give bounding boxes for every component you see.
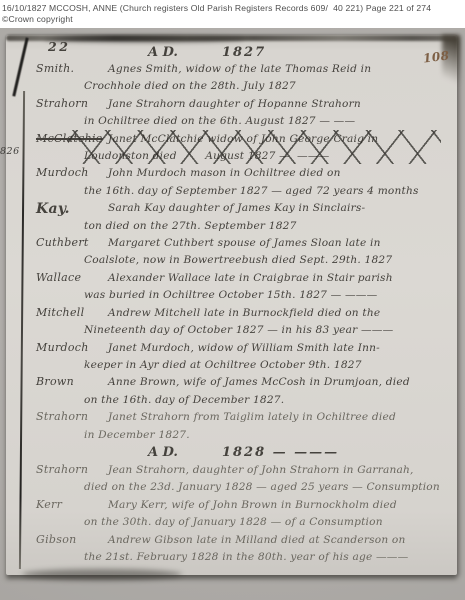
entry-line: ton died on the 27th. September 1827 xyxy=(84,218,449,235)
screenshot-root: { "header": { "line1": "16/10/1827 MCCOS… xyxy=(0,0,465,600)
entry-text: Andrew Gibson late in Milland died at Sc… xyxy=(102,532,449,567)
entry-line: Jean Strahorn, daughter of John Strahorn… xyxy=(108,462,449,479)
entry-line: John Murdoch mason in Ochiltree died on xyxy=(108,165,449,182)
page-top-edge-smudge xyxy=(44,36,244,42)
record-viewer: 16/10/1827 MCCOSH, ANNE (Church register… xyxy=(0,0,465,25)
page-corner-crease xyxy=(12,37,28,96)
entry-text: Margaret Cuthbert spouse of James Sloan … xyxy=(102,235,449,270)
entry-line: Andrew Gibson late in Milland died at Sc… xyxy=(108,532,449,549)
register-entry: WallaceAlexander Wallace late in Craigbr… xyxy=(36,270,449,305)
entry-line: Agnes Smith, widow of the late Thomas Re… xyxy=(108,61,449,78)
entry-text: Janet Strahorn from Taiglim lately in Oc… xyxy=(102,409,449,444)
entry-line: Janet McClatchie widow of John George Cr… xyxy=(108,131,449,148)
register-entry: StrahornJane Strahorn daughter of Hopann… xyxy=(36,96,449,131)
entry-text: John Murdoch mason in Ochiltree died ont… xyxy=(102,165,449,200)
entry-text: Janet Murdoch, widow of William Smith la… xyxy=(102,340,449,375)
entry-line: in Ochiltree died on the 6th. August 182… xyxy=(84,113,449,130)
entry-text: Janet McClatchie widow of John George Cr… xyxy=(102,131,449,166)
entry-line: Loudonston died August 1827 — ——— xyxy=(84,148,449,165)
record-caption-title: 16/10/1827 MCCOSH, ANNE (Church register… xyxy=(2,3,462,14)
record-caption: 16/10/1827 MCCOSH, ANNE (Church register… xyxy=(0,0,465,25)
entry-line: Janet Strahorn from Taiglim lately in Oc… xyxy=(108,409,449,426)
year-heading: A D.1828 — ——— xyxy=(36,444,449,462)
entry-text: Jane Strahorn daughter of Hopanne Straho… xyxy=(102,96,449,131)
register-entry: Smith.Agnes Smith, widow of the late Tho… xyxy=(36,61,449,96)
entry-line: Andrew Mitchell late in Burnockfield die… xyxy=(108,305,449,322)
entry-line: died on the 23d. January 1828 — aged 25 … xyxy=(84,479,449,496)
entry-line: the 21st. February 1828 in the 80th. yea… xyxy=(84,549,449,566)
entry-line: was buried in Ochiltree October 15th. 18… xyxy=(84,287,449,304)
copyright-notice: ©Crown copyright xyxy=(2,14,462,25)
adjacent-page-number: 826 xyxy=(0,146,20,157)
register-entry: MurdochJohn Murdoch mason in Ochiltree d… xyxy=(36,165,449,200)
register-entry: GibsonAndrew Gibson late in Milland died… xyxy=(36,532,449,567)
year-heading-year: 1828 — ——— xyxy=(222,445,339,460)
entry-line: on the 30th. day of January 1828 — of a … xyxy=(84,514,449,531)
entry-line: in December 1827. xyxy=(84,427,449,444)
document-scan: 22 108 A D.1827Smith.Agnes Smith, widow … xyxy=(0,28,465,600)
register-page: 22 108 A D.1827Smith.Agnes Smith, widow … xyxy=(6,35,457,575)
entry-text: Agnes Smith, widow of the late Thomas Re… xyxy=(102,61,449,96)
year-heading-year: 1827 xyxy=(222,45,266,60)
entry-line: Crochhole died on the 28th. July 1827 xyxy=(84,78,449,95)
binding-crease xyxy=(19,91,25,569)
entry-text: Alexander Wallace late in Craigbrae in S… xyxy=(102,270,449,305)
entry-line: Jane Strahorn daughter of Hopanne Straho… xyxy=(108,96,449,113)
year-heading-ad: A D. xyxy=(148,445,178,460)
register-entry: MurdochJanet Murdoch, widow of William S… xyxy=(36,340,449,375)
entry-text: Mary Kerr, wife of John Brown in Burnock… xyxy=(102,497,449,532)
entry-line: keeper in Ayr died at Ochiltree October … xyxy=(84,357,449,374)
entry-line: Mary Kerr, wife of John Brown in Burnock… xyxy=(108,497,449,514)
entry-text: Jean Strahorn, daughter of John Strahorn… xyxy=(102,462,449,497)
year-heading: A D.1827 xyxy=(36,43,449,61)
entry-line: Nineteenth day of October 1827 — in his … xyxy=(84,322,449,339)
register-entry: KerrMary Kerr, wife of John Brown in Bur… xyxy=(36,497,449,532)
register-entry: CuthbertMargaret Cuthbert spouse of Jame… xyxy=(36,235,449,270)
entry-line: Coalslote, now in Bowertreebush died Sep… xyxy=(84,252,449,269)
entry-line: the 16th. day of September 1827 — aged 7… xyxy=(84,183,449,200)
register-entry: BrownAnne Brown, wife of James McCosh in… xyxy=(36,374,449,409)
register-entry: McClatchieJanet McClatchie widow of John… xyxy=(36,131,449,166)
register-entry: MitchellAndrew Mitchell late in Burnockf… xyxy=(36,305,449,340)
bottom-edge-stain xyxy=(22,569,182,580)
entry-surname: McClatchie xyxy=(36,131,102,166)
register-entry: StrahornJanet Strahorn from Taiglim late… xyxy=(36,409,449,444)
register-entry: Kay.Sarah Kay daughter of James Kay in S… xyxy=(36,200,449,235)
entry-line: Alexander Wallace late in Craigbrae in S… xyxy=(108,270,449,287)
entries-host: A D.1827Smith.Agnes Smith, widow of the … xyxy=(36,43,449,566)
entry-line: Anne Brown, wife of James McCosh in Drum… xyxy=(108,374,449,391)
entry-line: on the 16th. day of December 1827. xyxy=(84,392,449,409)
register-entry: StrahornJean Strahorn, daughter of John … xyxy=(36,462,449,497)
entry-text: Anne Brown, wife of James McCosh in Drum… xyxy=(102,374,449,409)
entry-line: Janet Murdoch, widow of William Smith la… xyxy=(108,340,449,357)
entry-text: Sarah Kay daughter of James Kay in Sincl… xyxy=(102,200,449,235)
entry-line: Margaret Cuthbert spouse of James Sloan … xyxy=(108,235,449,252)
entry-text: Andrew Mitchell late in Burnockfield die… xyxy=(102,305,449,340)
year-heading-ad: A D. xyxy=(148,45,178,60)
entry-line: Sarah Kay daughter of James Kay in Sincl… xyxy=(108,200,449,217)
